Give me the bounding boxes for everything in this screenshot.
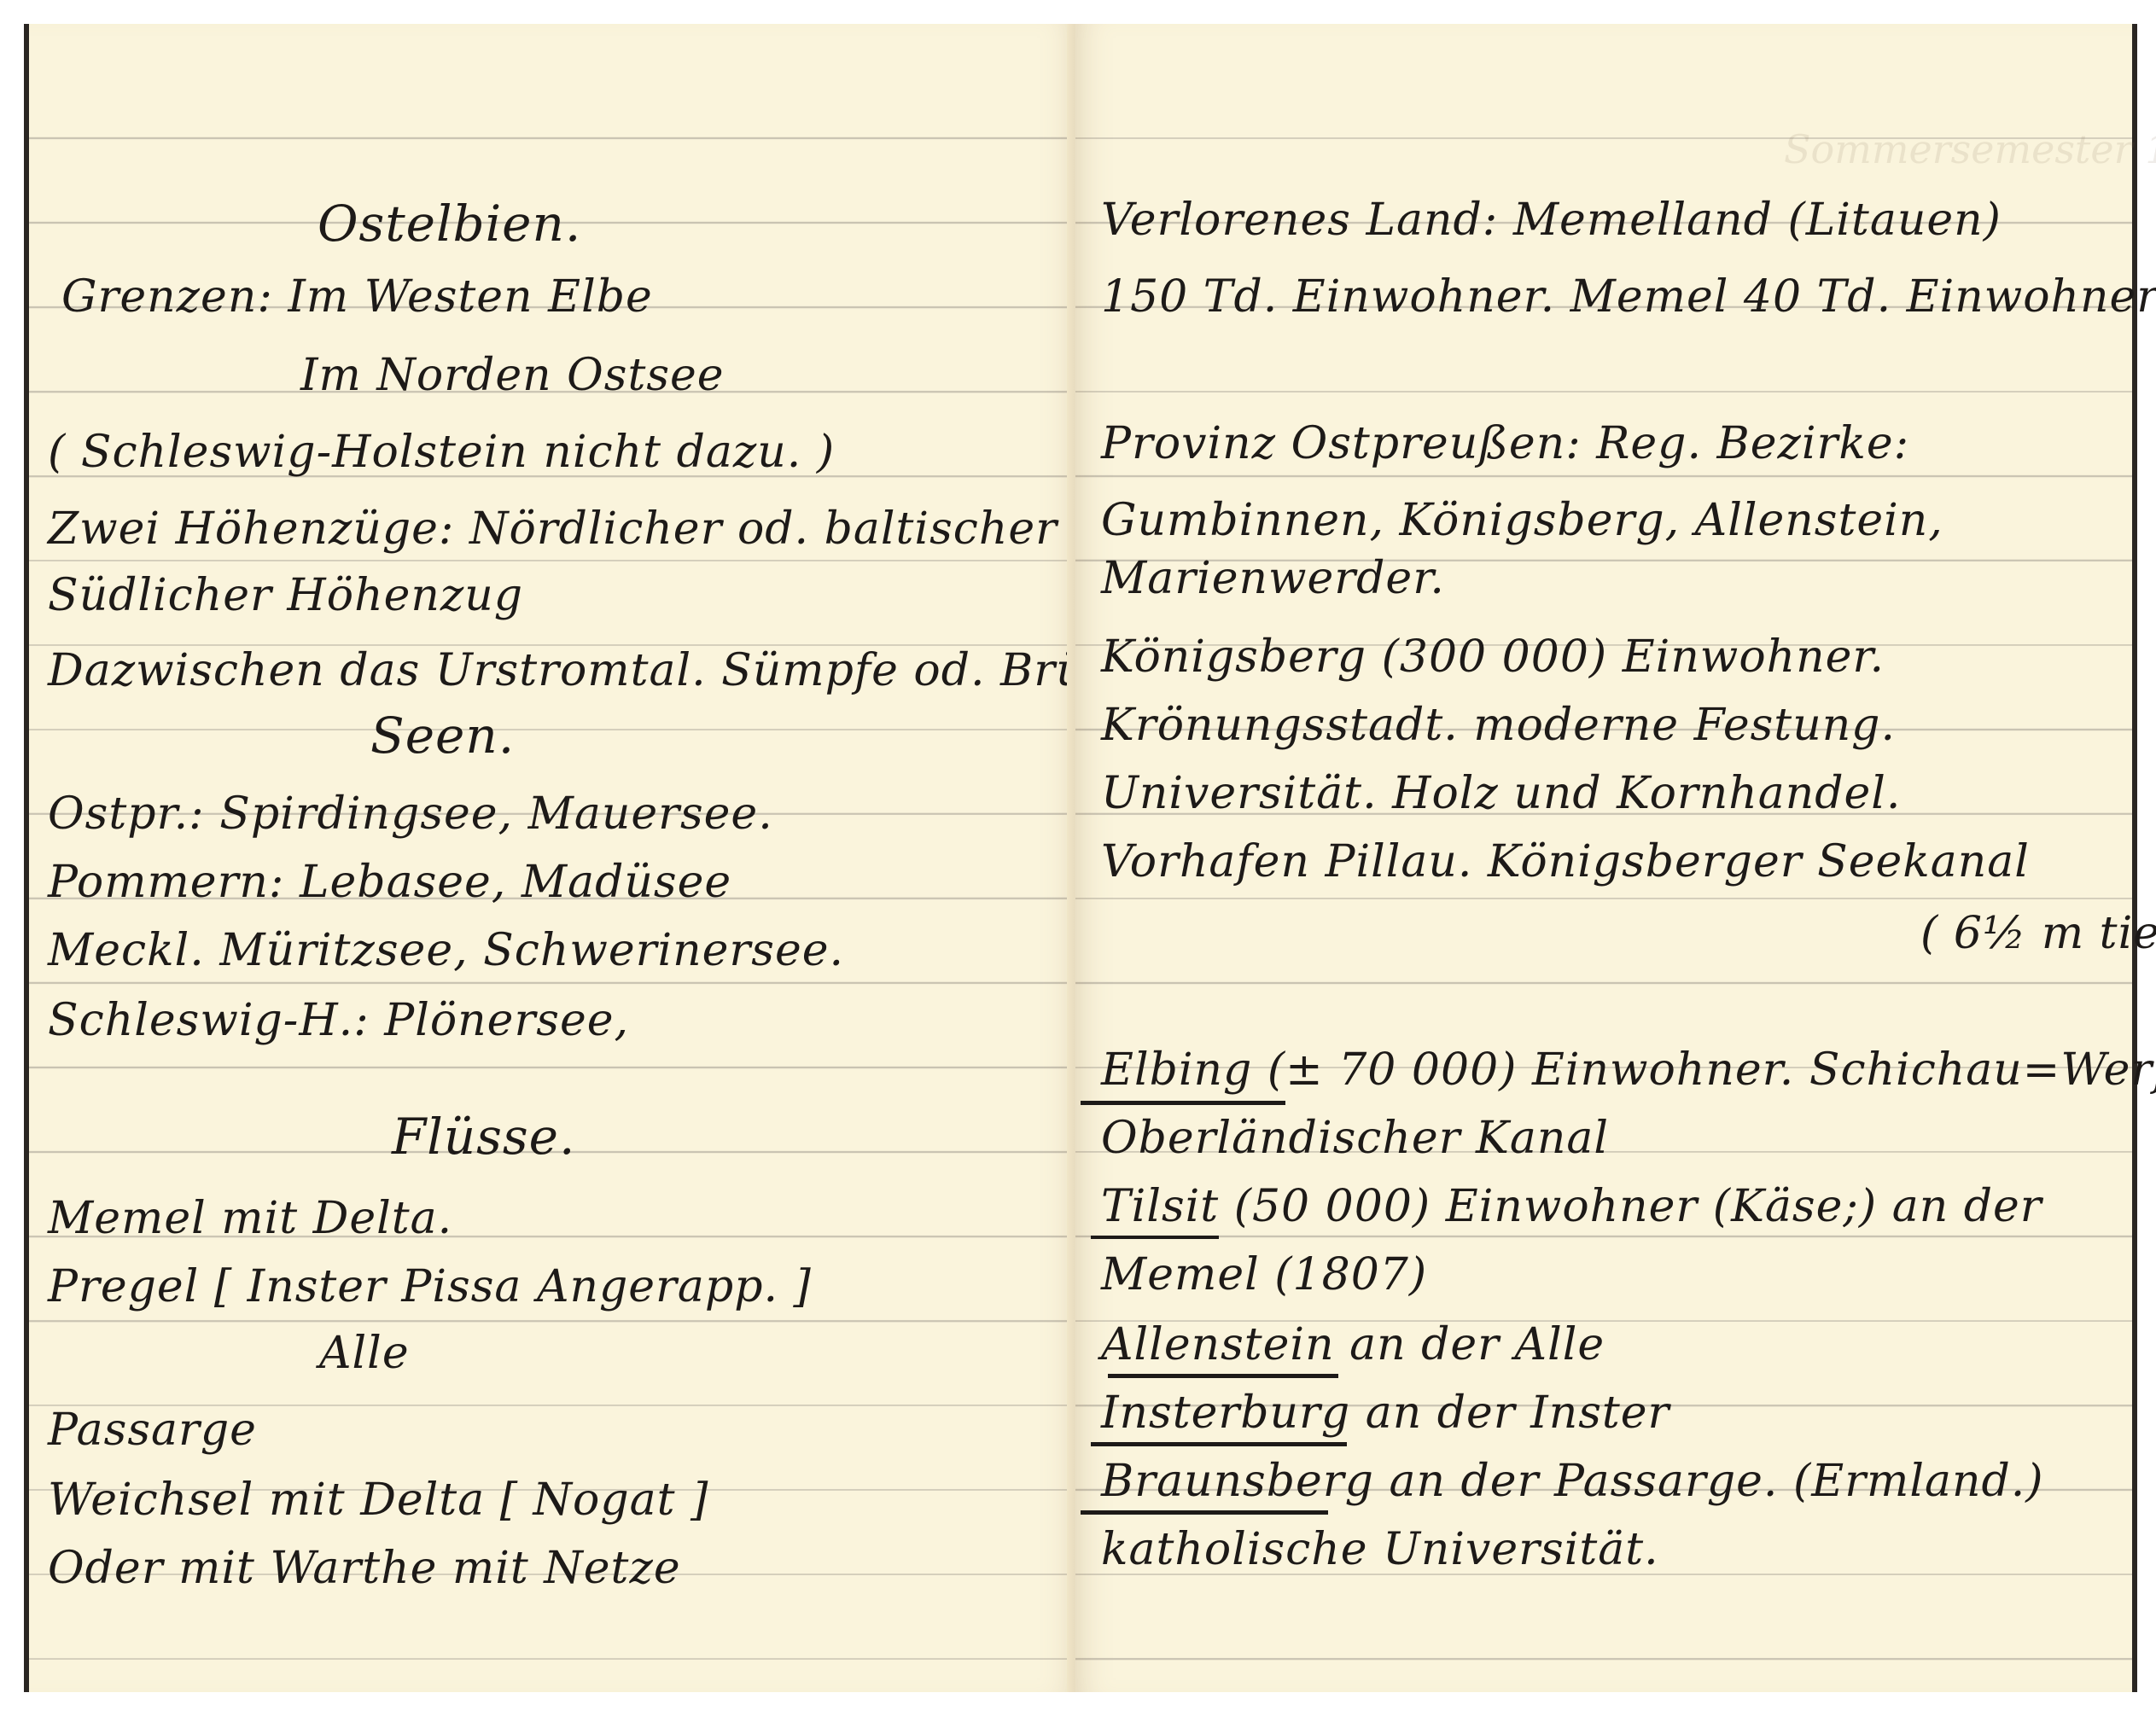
text-line: Braunsberg an der Passarge. (Ermland.)	[1101, 1456, 2044, 1507]
text-line: Allenstein an der Alle	[1101, 1319, 1605, 1370]
text-line: Gumbinnen, Königsberg, Allenstein,	[1101, 495, 1943, 546]
text-line: Im Norden Ostsee	[300, 350, 725, 401]
text-line: Tilsit (50 000) Einwohner (Käse;) an der	[1101, 1181, 2042, 1232]
text-line: Pregel [ Inster Pissa Angerapp. ]	[48, 1261, 812, 1312]
text-line: Verlorenes Land: Memelland (Litauen)	[1101, 195, 2002, 246]
text-line: ( Schleswig-Holstein nicht dazu. )	[48, 427, 835, 478]
underline-mark	[1091, 1442, 1347, 1446]
text-line: 150 Td. Einwohner. Memel 40 Td. Einwohne…	[1101, 271, 2156, 323]
text-line: Vorhafen Pillau. Königsberger Seekanal	[1101, 836, 2030, 887]
text-line: Krönungsstadt. moderne Festung.	[1101, 700, 1896, 751]
underline-mark	[1081, 1510, 1328, 1515]
text-line: Oberländischer Kanal	[1101, 1113, 1609, 1164]
text-line: Insterburg an der Inster	[1101, 1387, 1669, 1439]
text-line: Memel (1807)	[1101, 1249, 1427, 1300]
text-line: Marienwerder.	[1101, 553, 1445, 604]
underline-mark	[1091, 1236, 1219, 1239]
text-line: katholische Universität.	[1101, 1524, 1659, 1575]
heading-seen: Seen.	[370, 707, 515, 765]
left-page: Ostelbien. Grenzen: Im Westen Elbe Im No…	[24, 24, 1077, 1692]
text-line: Oder mit Warthe mit Netze	[48, 1543, 681, 1594]
text-line: Pommern: Lebasee, Madüsee	[48, 857, 731, 908]
text-line: Weichsel mit Delta [ Nogat ]	[48, 1475, 708, 1526]
right-page: Sommersemester 1941 Verlorenes Land: Mem…	[1075, 24, 2137, 1692]
text-line: Memel mit Delta.	[48, 1193, 452, 1244]
text-line: Universität. Holz und Kornhandel.	[1101, 768, 1901, 819]
text-line: Ostpr.: Spirdingsee, Mauersee.	[48, 788, 773, 840]
text-line: Schleswig-H.: Plönersee,	[48, 995, 629, 1046]
text-line: Königsberg (300 000) Einwohner.	[1101, 631, 1885, 683]
text-line: Provinz Ostpreußen: Reg. Bezirke:	[1101, 418, 1909, 469]
text-line: Elbing (± 70 000) Einwohner. Schichau=We…	[1101, 1044, 2156, 1096]
text-line: Dazwischen das Urstromtal. Sümpfe od. Br…	[48, 645, 1183, 696]
text-line: ( 6½ m tief.	[1920, 908, 2156, 959]
open-notebook: Ostelbien. Grenzen: Im Westen Elbe Im No…	[24, 24, 2132, 1692]
text-line: Grenzen: Im Westen Elbe	[61, 271, 653, 323]
heading-ostelbien: Ostelbien.	[318, 195, 581, 253]
underline-mark	[1108, 1374, 1338, 1378]
heading-fluesse: Flüsse.	[392, 1108, 575, 1166]
text-line: Meckl. Müritzsee, Schwerinersee.	[48, 925, 844, 976]
text-line: Südlicher Höhenzug	[48, 570, 523, 621]
text-line: Passarge	[48, 1405, 257, 1456]
underline-mark	[1081, 1101, 1285, 1105]
text-line: Alle	[319, 1328, 410, 1379]
bleed-through-text: Sommersemester 1941	[1784, 126, 2156, 172]
